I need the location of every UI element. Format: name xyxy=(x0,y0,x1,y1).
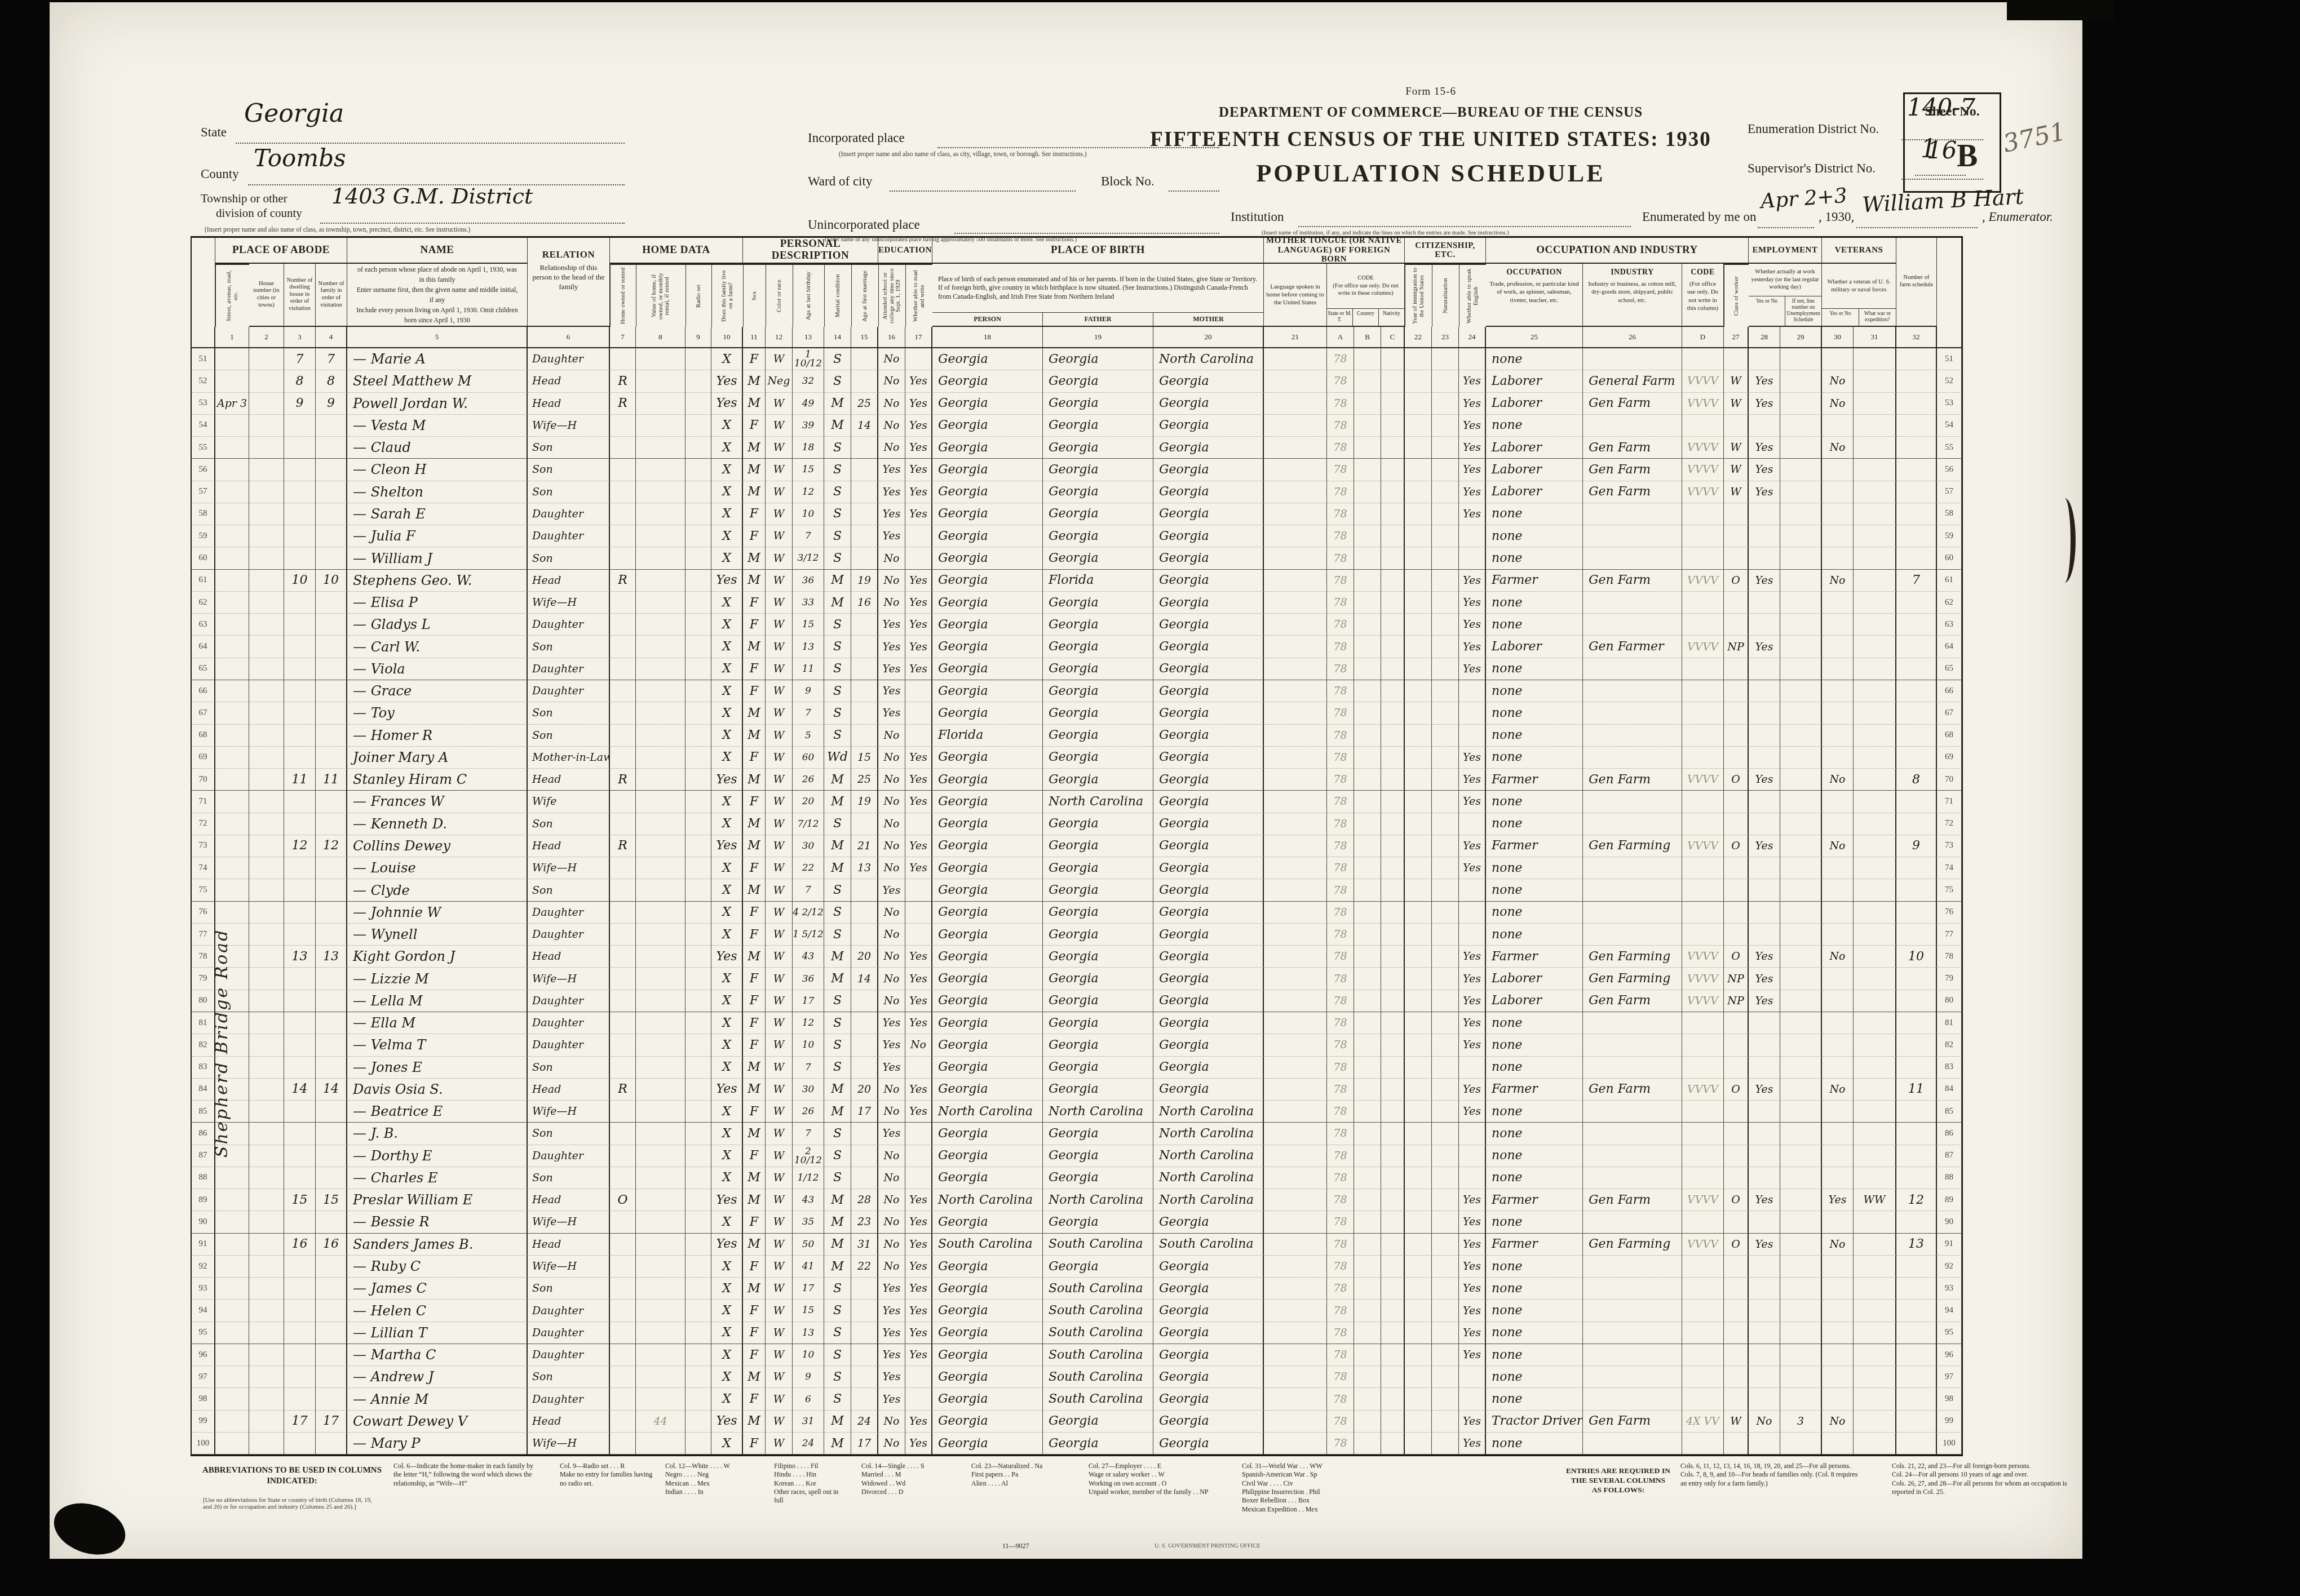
cell-rw-72 xyxy=(905,813,932,835)
cell-sex-79: F xyxy=(743,968,766,990)
cell-cd-56: VVVV xyxy=(1682,459,1724,481)
cell-un-83 xyxy=(1780,1057,1822,1079)
cell-race-88: W xyxy=(766,1167,793,1189)
cell-val-70 xyxy=(636,769,685,791)
cell-eng-80: Yes xyxy=(1459,990,1486,1012)
cell-cd-61: VVVV xyxy=(1682,570,1724,592)
cell-agem-62: 16 xyxy=(851,592,878,614)
cell-mar-60: S xyxy=(824,547,851,569)
cell-farm-74: X xyxy=(711,857,743,879)
cell-cc-76 xyxy=(1381,902,1405,924)
cell-bpm-73: Georgia xyxy=(1153,835,1264,857)
cell-vet-70: No xyxy=(1822,769,1854,791)
cell-name-77: — Wynell xyxy=(347,924,528,946)
cell-home-58 xyxy=(610,503,636,525)
cell-lang-75 xyxy=(1264,879,1327,901)
unincorporated-label: Unincorporated place xyxy=(808,218,920,232)
cell-age-64: 13 xyxy=(793,636,824,658)
cell-bpm-93: Georgia xyxy=(1153,1278,1264,1300)
cell-sch-64: Yes xyxy=(878,636,905,658)
cell-name-63: — Gladys L xyxy=(347,614,528,636)
sheet-line xyxy=(1915,174,1966,176)
cell-farm-100: X xyxy=(711,1433,743,1455)
cell-dw-96 xyxy=(284,1344,316,1366)
cell-bpf-99: Georgia xyxy=(1043,1411,1153,1433)
cell-bpf-56: Georgia xyxy=(1043,459,1153,481)
cell-mar-85: M xyxy=(824,1101,851,1123)
cell-race-97: W xyxy=(766,1366,793,1388)
cell-agem-75 xyxy=(851,879,878,901)
cell-cb-67 xyxy=(1354,702,1381,724)
cell-home-52: R xyxy=(610,370,636,392)
cell-age-82: 10 xyxy=(793,1034,824,1056)
cell-agem-64 xyxy=(851,636,878,658)
cell-rel-54: Wife—H xyxy=(528,415,610,437)
cell-war-54 xyxy=(1854,415,1896,437)
cell-fam-61: 10 xyxy=(316,570,347,592)
cell-race-100: W xyxy=(766,1433,793,1455)
cell-age-95: 13 xyxy=(793,1322,824,1344)
cell-sex-85: F xyxy=(743,1101,766,1123)
cell-lnr-79: 79 xyxy=(1937,968,1962,990)
printing-office: U. S. GOVERNMENT PRINTING OFFICE xyxy=(1155,1543,1260,1549)
cell-ca-55: 78 xyxy=(1327,437,1354,459)
cell-cls-92 xyxy=(1724,1256,1749,1278)
cell-lnr-59: 59 xyxy=(1937,525,1962,547)
cell-rel-62: Wife—H xyxy=(528,592,610,614)
cell-street-54 xyxy=(215,415,249,437)
cell-cls-89: O xyxy=(1724,1189,1749,1211)
footnote-col27: Col. 27—Employer . . . . E Wage or salar… xyxy=(1089,1462,1231,1496)
cell-wk-73: Yes xyxy=(1749,835,1780,857)
header-desc: Trade, profession, or particular kind of… xyxy=(1489,280,1579,304)
cell-name-93: — James C xyxy=(347,1278,528,1300)
cell-lnr-54: 54 xyxy=(1937,415,1962,437)
cell-sch-99: No xyxy=(878,1411,905,1433)
cell-mar-58: S xyxy=(824,503,851,525)
cell-agem-57 xyxy=(851,481,878,503)
cell-sex-59: F xyxy=(743,525,766,547)
cell-sex-83: M xyxy=(743,1057,766,1079)
cell-war-68 xyxy=(1854,725,1896,747)
cell-home-93 xyxy=(610,1278,636,1300)
cell-ca-99: 78 xyxy=(1327,1411,1354,1433)
cell-dw-92 xyxy=(284,1256,316,1278)
cell-house-88 xyxy=(249,1167,284,1189)
cell-bpf-89: North Carolina xyxy=(1043,1189,1153,1211)
cell-wk-96 xyxy=(1749,1344,1780,1366)
cell-cls-71 xyxy=(1724,791,1749,813)
cell-agem-87 xyxy=(851,1145,878,1167)
cell-name-60: — William J xyxy=(347,547,528,569)
cell-cd-87 xyxy=(1682,1145,1724,1167)
footnote-col31: Col. 31—World War . . . WW Spanish-Ameri… xyxy=(1242,1462,1401,1514)
cell-cls-61: O xyxy=(1724,570,1749,592)
header-37-1: Number of farm schedule xyxy=(1896,238,1937,327)
cell-race-90: W xyxy=(766,1211,793,1233)
cell-sch-91: No xyxy=(878,1234,905,1256)
institution-line xyxy=(1298,225,1631,227)
cell-wk-60 xyxy=(1749,547,1780,569)
cell-agem-74: 13 xyxy=(851,857,878,879)
cell-rel-100: Wife—H xyxy=(528,1433,610,1455)
cell-cls-82 xyxy=(1724,1034,1749,1056)
cell-vet-60 xyxy=(1822,547,1854,569)
cell-fs-80 xyxy=(1896,990,1937,1012)
cell-un-86 xyxy=(1780,1123,1822,1145)
cell-fam-54 xyxy=(316,415,347,437)
cell-age-76: 4 2/12 xyxy=(793,902,824,924)
cell-race-55: W xyxy=(766,437,793,459)
cell-dw-61: 10 xyxy=(284,570,316,592)
cell-lang-74 xyxy=(1264,857,1327,879)
cell-val-91 xyxy=(636,1234,685,1256)
cell-vet-71 xyxy=(1822,791,1854,813)
cell-un-66 xyxy=(1780,680,1822,702)
cell-fs-71 xyxy=(1896,791,1937,813)
cell-agem-98 xyxy=(851,1388,878,1410)
cell-rw-69: Yes xyxy=(905,747,932,769)
cell-age-58: 10 xyxy=(793,503,824,525)
cell-home-76 xyxy=(610,902,636,924)
cell-cd-78: VVVV xyxy=(1682,946,1724,968)
cell-sex-80: F xyxy=(743,990,766,1012)
cell-sch-96: Yes xyxy=(878,1344,905,1366)
cell-nat-73 xyxy=(1432,835,1459,857)
cell-cc-54 xyxy=(1381,415,1405,437)
cell-rw-97 xyxy=(905,1366,932,1388)
cell-rel-59: Daughter xyxy=(528,525,610,547)
cell-farm-75: X xyxy=(711,879,743,901)
cell-cd-95 xyxy=(1682,1322,1724,1344)
cell-rw-68 xyxy=(905,725,932,747)
cell-imm-71 xyxy=(1405,791,1432,813)
cell-imm-99 xyxy=(1405,1411,1432,1433)
cell-cd-97 xyxy=(1682,1366,1724,1388)
cell-house-52 xyxy=(249,370,284,392)
cell-dw-64 xyxy=(284,636,316,658)
cell-wk-56: Yes xyxy=(1749,459,1780,481)
cell-val-79 xyxy=(636,968,685,990)
cell-home-54 xyxy=(610,415,636,437)
cell-mar-94: S xyxy=(824,1300,851,1322)
cell-bpf-95: South Carolina xyxy=(1043,1322,1153,1344)
cell-un-99: 3 xyxy=(1780,1411,1822,1433)
cell-sex-71: F xyxy=(743,791,766,813)
cell-un-73 xyxy=(1780,835,1822,857)
cell-val-72 xyxy=(636,813,685,835)
cell-race-64: W xyxy=(766,636,793,658)
cell-ind-52: General Farm xyxy=(1583,370,1682,392)
cell-occ-66: none xyxy=(1486,680,1583,702)
cell-occ-53: Laborer xyxy=(1486,393,1583,415)
cell-home-92 xyxy=(610,1256,636,1278)
cell-age-87: 2 10/12 xyxy=(793,1145,824,1167)
cell-mar-51: S xyxy=(824,348,851,370)
cell-ca-66: 78 xyxy=(1327,680,1354,702)
cell-ind-78: Gen Farming xyxy=(1583,946,1682,968)
cell-cc-67 xyxy=(1381,702,1405,724)
cell-ca-84: 78 xyxy=(1327,1079,1354,1101)
header-22-2: Language spoken in home before coming to… xyxy=(1264,264,1327,327)
cell-occ-69: none xyxy=(1486,747,1583,769)
cell-wk-77 xyxy=(1749,924,1780,946)
cell-rel-57: Son xyxy=(528,481,610,503)
cell-cls-94 xyxy=(1724,1300,1749,1322)
cell-fs-83 xyxy=(1896,1057,1937,1079)
cell-name-96: — Martha C xyxy=(347,1344,528,1366)
cell-ca-79: 78 xyxy=(1327,968,1354,990)
cell-occ-55: Laborer xyxy=(1486,437,1583,459)
cell-house-61 xyxy=(249,570,284,592)
state-label: State xyxy=(201,125,227,140)
street-name-vertical: Shepherd Bridge Road xyxy=(212,526,238,1158)
cell-bpp-70: Georgia xyxy=(932,769,1043,791)
cell-street-51 xyxy=(215,348,249,370)
cell-nat-74 xyxy=(1432,857,1459,879)
cell-farm-87: X xyxy=(711,1145,743,1167)
cell-bpp-88: Georgia xyxy=(932,1167,1043,1189)
cell-cd-81 xyxy=(1682,1012,1724,1034)
cell-dw-91: 16 xyxy=(284,1234,316,1256)
cell-ind-99: Gen Farm xyxy=(1583,1411,1682,1433)
cell-house-67 xyxy=(249,702,284,724)
cell-dw-51: 7 xyxy=(284,348,316,370)
cell-bpf-84: Georgia xyxy=(1043,1079,1153,1101)
cell-sex-70: M xyxy=(743,769,766,791)
cell-un-93 xyxy=(1780,1278,1822,1300)
cell-age-86: 7 xyxy=(793,1123,824,1145)
cell-sex-95: F xyxy=(743,1322,766,1344)
cell-war-97 xyxy=(1854,1366,1896,1388)
cell-val-77 xyxy=(636,924,685,946)
cell-house-100 xyxy=(249,1433,284,1455)
cell-fs-100 xyxy=(1896,1433,1937,1455)
cell-ln-51: 51 xyxy=(192,348,215,370)
cell-rel-51: Daughter xyxy=(528,348,610,370)
cell-agem-67 xyxy=(851,702,878,724)
cell-house-69 xyxy=(249,747,284,769)
cell-fs-76 xyxy=(1896,902,1937,924)
cell-ca-59: 78 xyxy=(1327,525,1354,547)
cell-bpf-59: Georgia xyxy=(1043,525,1153,547)
cell-house-82 xyxy=(249,1034,284,1056)
cell-bpp-78: Georgia xyxy=(932,946,1043,968)
cell-wk-75 xyxy=(1749,879,1780,901)
cell-lnr-88: 88 xyxy=(1937,1167,1962,1189)
cell-imm-53 xyxy=(1405,393,1432,415)
cell-mar-97: S xyxy=(824,1366,851,1388)
cell-lang-52 xyxy=(1264,370,1327,392)
cell-agem-78: 20 xyxy=(851,946,878,968)
cell-fam-79 xyxy=(316,968,347,990)
cell-eng-69: Yes xyxy=(1459,747,1486,769)
cell-agem-82 xyxy=(851,1034,878,1056)
cell-ind-83 xyxy=(1583,1057,1682,1079)
cell-radio-68 xyxy=(685,725,711,747)
cell-radio-81 xyxy=(685,1012,711,1034)
cell-bpm-75: Georgia xyxy=(1153,879,1264,901)
cell-sch-60: No xyxy=(878,547,905,569)
cell-mar-93: S xyxy=(824,1278,851,1300)
cell-sch-58: Yes xyxy=(878,503,905,525)
cell-bpm-95: Georgia xyxy=(1153,1322,1264,1344)
cell-war-72 xyxy=(1854,813,1896,835)
cell-war-98 xyxy=(1854,1388,1896,1410)
cell-lnr-71: 71 xyxy=(1937,791,1962,813)
cell-imm-66 xyxy=(1405,680,1432,702)
cell-sex-54: F xyxy=(743,415,766,437)
cell-eng-85: Yes xyxy=(1459,1101,1486,1123)
cell-bpf-91: South Carolina xyxy=(1043,1234,1153,1256)
cell-farm-65: X xyxy=(711,658,743,680)
cell-rw-74: Yes xyxy=(905,857,932,879)
cell-name-86: — J. B. xyxy=(347,1123,528,1145)
cell-nat-86 xyxy=(1432,1123,1459,1145)
cell-farm-84: Yes xyxy=(711,1079,743,1101)
cell-un-78 xyxy=(1780,946,1822,968)
cell-war-63 xyxy=(1854,614,1896,636)
cell-dw-72 xyxy=(284,813,316,835)
cell-rel-74: Wife—H xyxy=(528,857,610,879)
cell-home-56 xyxy=(610,459,636,481)
cell-house-78 xyxy=(249,946,284,968)
cell-occ-78: Farmer xyxy=(1486,946,1583,968)
cell-bpp-81: Georgia xyxy=(932,1012,1043,1034)
cell-cd-59 xyxy=(1682,525,1724,547)
cell-ind-63 xyxy=(1583,614,1682,636)
cell-war-74 xyxy=(1854,857,1896,879)
cell-cls-60 xyxy=(1724,547,1749,569)
cell-rw-51 xyxy=(905,348,932,370)
cell-name-61: Stephens Geo. W. xyxy=(347,570,528,592)
cell-radio-76 xyxy=(685,902,711,924)
cell-ind-59 xyxy=(1583,525,1682,547)
cell-cls-70: O xyxy=(1724,769,1749,791)
cell-mar-89: M xyxy=(824,1189,851,1211)
cell-war-92 xyxy=(1854,1256,1896,1278)
cell-nat-77 xyxy=(1432,924,1459,946)
cell-cc-77 xyxy=(1381,924,1405,946)
cell-eng-66 xyxy=(1459,680,1486,702)
entries-title: ENTRIES ARE REQUIRED IN THE SEVERAL COLU… xyxy=(1566,1466,1670,1495)
cell-name-59: — Julia F xyxy=(347,525,528,547)
cell-bpp-84: Georgia xyxy=(932,1079,1043,1101)
cell-war-53 xyxy=(1854,393,1896,415)
cell-sex-84: M xyxy=(743,1079,766,1101)
header-5-2: Number of family in order of visitation xyxy=(316,264,347,327)
cell-sex-53: M xyxy=(743,393,766,415)
cell-mar-87: S xyxy=(824,1145,851,1167)
township-label-2: division of county xyxy=(216,206,302,220)
cell-fs-75 xyxy=(1896,879,1937,901)
sheet-number: 1 xyxy=(1921,135,1936,163)
cell-vet-92 xyxy=(1822,1256,1854,1278)
cell-radio-75 xyxy=(685,879,711,901)
cell-bpm-81: Georgia xyxy=(1153,1012,1264,1034)
cell-mar-73: M xyxy=(824,835,851,857)
column-number-5: 5 xyxy=(347,327,528,348)
cell-race-60: W xyxy=(766,547,793,569)
cell-sch-52: No xyxy=(878,370,905,392)
cell-home-71 xyxy=(610,791,636,813)
cell-ind-94 xyxy=(1583,1300,1682,1322)
cell-bpm-77: Georgia xyxy=(1153,924,1264,946)
cell-name-98: — Annie M xyxy=(347,1388,528,1410)
cell-fam-55 xyxy=(316,437,347,459)
cell-lang-62 xyxy=(1264,592,1327,614)
cell-occ-86: none xyxy=(1486,1123,1583,1145)
cell-rel-73: Head xyxy=(528,835,610,857)
county-value: Toombs xyxy=(254,144,346,172)
cell-rel-68: Son xyxy=(528,725,610,747)
cell-bpm-96: Georgia xyxy=(1153,1344,1264,1366)
cell-ind-90 xyxy=(1583,1211,1682,1233)
column-number-7: 7 xyxy=(610,327,636,348)
cell-vet-99: No xyxy=(1822,1411,1854,1433)
cell-un-55 xyxy=(1780,437,1822,459)
cell-ln-56: 56 xyxy=(192,459,215,481)
cell-wk-70: Yes xyxy=(1749,769,1780,791)
cell-bpp-72: Georgia xyxy=(932,813,1043,835)
cell-war-71 xyxy=(1854,791,1896,813)
header-desc: Industry or business, as cotton mill, dr… xyxy=(1586,280,1678,304)
cell-lang-65 xyxy=(1264,658,1327,680)
column-number-3: 3 xyxy=(284,327,316,348)
cell-cb-65 xyxy=(1354,658,1381,680)
cell-ind-68 xyxy=(1583,725,1682,747)
cell-occ-98: none xyxy=(1486,1388,1583,1410)
cell-radio-86 xyxy=(685,1123,711,1145)
cell-bpf-83: Georgia xyxy=(1043,1057,1153,1079)
cell-ind-64: Gen Farmer xyxy=(1583,636,1682,658)
census-page: State Georgia County Toombs Township or … xyxy=(50,2,2082,1559)
cell-lang-71 xyxy=(1264,791,1327,813)
cell-farm-80: X xyxy=(711,990,743,1012)
cell-farm-96: X xyxy=(711,1344,743,1366)
cell-vet-64 xyxy=(1822,636,1854,658)
cell-dw-58 xyxy=(284,503,316,525)
cell-house-98 xyxy=(249,1388,284,1410)
cell-fs-84: 11 xyxy=(1896,1079,1937,1101)
cell-occ-62: none xyxy=(1486,592,1583,614)
cell-sch-55: No xyxy=(878,437,905,459)
cell-mar-64: S xyxy=(824,636,851,658)
cell-val-57 xyxy=(636,481,685,503)
cell-war-80 xyxy=(1854,990,1896,1012)
cell-wk-100 xyxy=(1749,1433,1780,1455)
cell-vet-52: No xyxy=(1822,370,1854,392)
cell-un-76 xyxy=(1780,902,1822,924)
cell-fam-86 xyxy=(316,1123,347,1145)
cell-nat-90 xyxy=(1432,1211,1459,1233)
cell-val-87 xyxy=(636,1145,685,1167)
cell-wk-69 xyxy=(1749,747,1780,769)
cell-rw-55: Yes xyxy=(905,437,932,459)
column-number-26: 26 xyxy=(1583,327,1682,348)
cell-bpm-70: Georgia xyxy=(1153,769,1264,791)
cell-mar-54: M xyxy=(824,415,851,437)
header-38-1 xyxy=(1937,238,1962,348)
cell-sex-61: M xyxy=(743,570,766,592)
cell-cb-52 xyxy=(1354,370,1381,392)
cell-bpf-60: Georgia xyxy=(1043,547,1153,569)
cell-bpp-63: Georgia xyxy=(932,614,1043,636)
cell-name-87: — Dorthy E xyxy=(347,1145,528,1167)
cell-sex-63: F xyxy=(743,614,766,636)
cell-rel-56: Son xyxy=(528,459,610,481)
cell-home-53: R xyxy=(610,393,636,415)
